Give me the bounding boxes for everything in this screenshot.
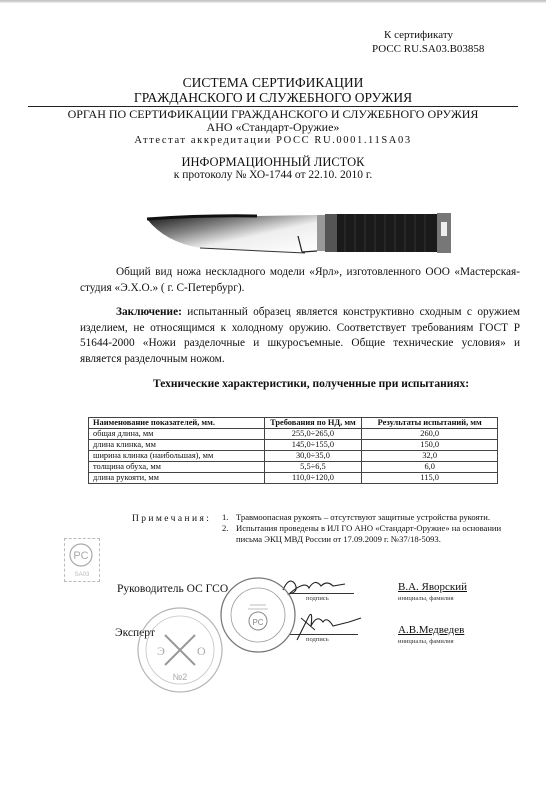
knife-image — [145, 206, 460, 261]
accreditation: Аттестат аккредитации РОСС RU.0001.11SA0… — [0, 135, 546, 147]
head-name: В.А. Яворский — [398, 581, 467, 593]
row-name: длина рукояти, мм — [89, 473, 265, 484]
svg-text:Э: Э — [157, 644, 165, 658]
notes-label: Примечания: — [132, 514, 211, 524]
head-name-caption: инициалы, фамилия — [398, 595, 454, 602]
table-row: длина клинка, мм 145,0÷155,0 150,0 — [89, 440, 498, 451]
conclusion-label: Заключение: — [116, 306, 182, 318]
note-item: 1. Травмоопасная рукоять – отсутствуют з… — [222, 512, 512, 523]
svg-text:РС: РС — [73, 550, 88, 562]
table-row: длина рукояти, мм 110,0÷120,0 115,0 — [89, 473, 498, 484]
scan-top-edge — [0, 0, 546, 3]
conformity-mark: РС SA03 — [64, 538, 100, 582]
svg-text:№2: №2 — [173, 672, 188, 682]
row-name: толщина обуха, мм — [89, 462, 265, 473]
table-row: толщина обуха, мм 5,5÷6,5 6,0 — [89, 462, 498, 473]
col-header-result: Результаты испытаний, мм — [362, 418, 498, 429]
col-header-requirement: Требования по НД, мм — [264, 418, 362, 429]
certification-stamp: РС — [218, 575, 298, 660]
note-text: Испытания проведены в ИЛ ГО АНО «Стандар… — [236, 523, 512, 545]
rc-logo-icon: РС SA03 — [65, 539, 99, 581]
head-label: Руководитель ОС ГСО — [117, 583, 228, 595]
system-line2: ГРАЖДАНСКОГО И СЛУЖЕБНОГО ОРУЖИЯ — [0, 90, 546, 105]
specs-table: Наименование показателей, мм. Требования… — [88, 417, 498, 484]
row-requirement: 5,5÷6,5 — [264, 462, 362, 473]
cert-ref-line2: РОСС RU.SA03.B03858 — [372, 42, 484, 56]
row-requirement: 255,0÷265,0 — [264, 429, 362, 440]
row-requirement: 145,0÷155,0 — [264, 440, 362, 451]
cert-ref-line1: К сертификату — [372, 28, 484, 42]
system-line1: СИСТЕМА СЕРТИФИКАЦИИ — [0, 75, 546, 90]
row-name: длина клинка, мм — [89, 440, 265, 451]
expert-name-caption: инициалы, фамилия — [398, 638, 454, 645]
row-requirement: 110,0÷120,0 — [264, 473, 362, 484]
exo-stamp: Э О №2 — [135, 605, 225, 700]
specs-title: Технические характеристики, полученные п… — [153, 378, 469, 390]
table-row: общая длина, мм 255,0÷265,0 260,0 — [89, 429, 498, 440]
protocol-ref: к протоколу № ХО-1744 от 22.10. 2010 г. — [0, 169, 546, 182]
svg-text:SA03: SA03 — [75, 572, 90, 578]
conclusion: Заключение: испытанный образец является … — [80, 305, 520, 367]
row-result: 260,0 — [362, 429, 498, 440]
certificate-reference: К сертификату РОСС RU.SA03.B03858 — [372, 28, 484, 56]
document-title: ИНФОРМАЦИОННЫЙ ЛИСТОК — [0, 155, 546, 169]
expert-name: А.В.Медведев — [398, 624, 464, 636]
specs-header-row: Наименование показателей, мм. Требования… — [89, 418, 498, 429]
row-name: ширина клинка (наибольшая), мм — [89, 451, 265, 462]
row-result: 115,0 — [362, 473, 498, 484]
table-row: ширина клинка (наибольшая), мм 30,0÷35,0… — [89, 451, 498, 462]
col-header-name: Наименование показателей, мм. — [89, 418, 265, 429]
row-result: 6,0 — [362, 462, 498, 473]
svg-text:О: О — [197, 644, 206, 658]
row-name: общая длина, мм — [89, 429, 265, 440]
svg-text:РС: РС — [252, 618, 263, 627]
note-number: 2. — [222, 523, 236, 545]
row-result: 32,0 — [362, 451, 498, 462]
system-heading: СИСТЕМА СЕРТИФИКАЦИИ ГРАЖДАНСКОГО И СЛУЖ… — [0, 75, 546, 105]
row-result: 150,0 — [362, 440, 498, 451]
knife-description: Общий вид ножа нескладного модели «Ярл»,… — [80, 265, 520, 296]
notes-list: 1. Травмоопасная рукоять – отсутствуют з… — [222, 512, 512, 545]
note-number: 1. — [222, 512, 236, 523]
ano-name: АНО «Стандарт-Оружие» — [0, 121, 546, 134]
note-text: Травмоопасная рукоять – отсутствуют защи… — [236, 512, 490, 523]
note-item: 2. Испытания проведены в ИЛ ГО АНО «Стан… — [222, 523, 512, 545]
row-requirement: 30,0÷35,0 — [264, 451, 362, 462]
